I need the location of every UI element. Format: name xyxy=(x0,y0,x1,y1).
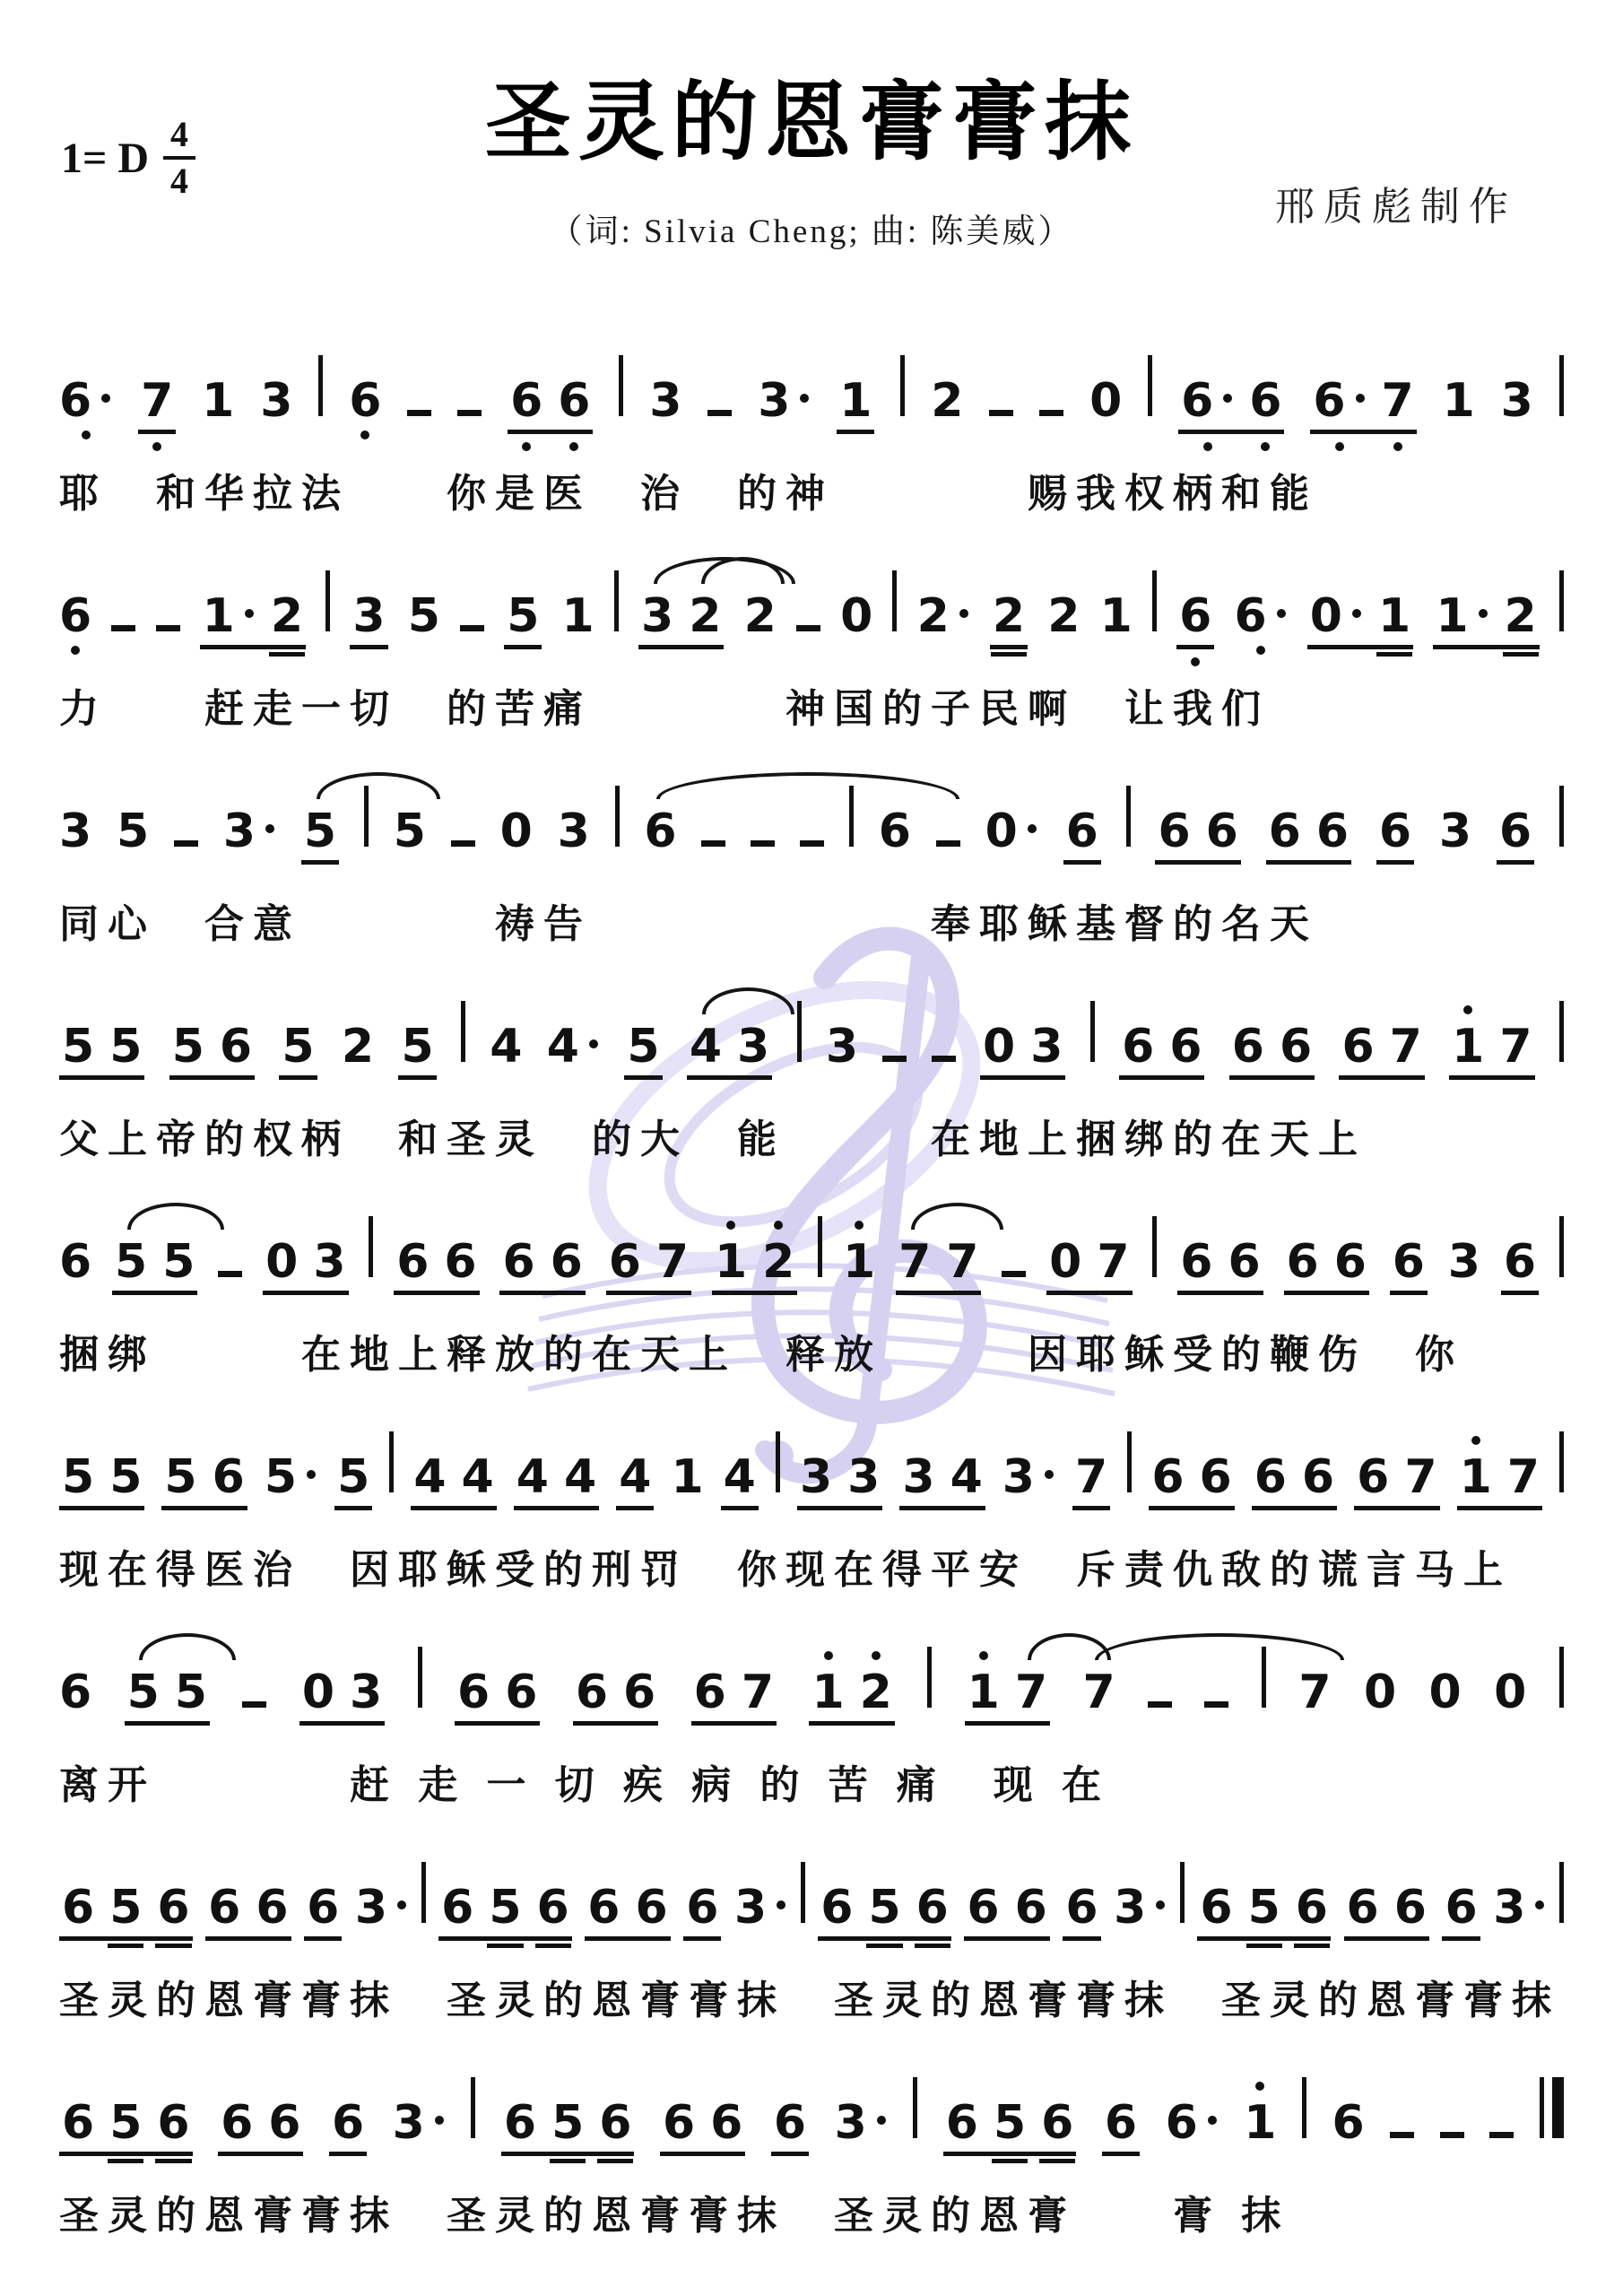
note-value: 6 xyxy=(558,374,590,428)
beam-group: 7 xyxy=(138,378,176,434)
barline xyxy=(1302,2077,1306,2138)
augmentation-dot xyxy=(777,1900,785,1909)
low-octave-dot xyxy=(71,646,80,655)
barline xyxy=(1559,786,1564,847)
low-octave-dot xyxy=(360,430,369,439)
note-6: 6 xyxy=(59,1239,91,1285)
note-value: 6 xyxy=(444,1235,476,1289)
note-value: 6 xyxy=(1347,1881,1379,1935)
duration-dash xyxy=(1148,1701,1172,1708)
note-value: 6 xyxy=(587,1881,620,1935)
note-value: 6 xyxy=(946,2096,978,2150)
barline xyxy=(1559,1862,1564,1923)
beam-group: 12 xyxy=(200,593,306,649)
barline xyxy=(325,570,330,631)
music-line: 671366633120666713耶 和华拉法 你是医 治 的神 赐我权柄和能 xyxy=(57,310,1566,518)
barline xyxy=(614,570,619,631)
note-value: 5 xyxy=(117,804,149,858)
note-5: 5 xyxy=(109,1023,142,1070)
note-value: 6 xyxy=(1158,804,1190,858)
beam-group: 66 xyxy=(573,1669,658,1726)
barline xyxy=(776,1431,780,1492)
lyrics-line: 父上帝的权柄 和圣灵 的大 能 在地上捆绑的在天上 xyxy=(57,1107,1566,1164)
note-value: 5 xyxy=(994,2096,1026,2150)
note-5: 5 xyxy=(282,1023,314,1070)
note-4: 4 xyxy=(547,1023,600,1070)
note-6: 6 xyxy=(1254,1454,1287,1500)
note-5: 5 xyxy=(109,1454,142,1500)
note-value: 5 xyxy=(868,1881,900,1935)
note-value: 3 xyxy=(835,2096,867,2150)
note-0: 0 xyxy=(985,808,1038,855)
barline xyxy=(1090,1001,1095,1062)
note-5: 5 xyxy=(127,1669,160,1716)
note-6: 6 xyxy=(967,1884,999,1931)
note-value: 6 xyxy=(510,374,542,428)
note-value: 4 xyxy=(690,1020,722,1074)
credit: 邢质彪制作 xyxy=(1275,174,1517,231)
note-3: 3 xyxy=(59,808,91,855)
note-7: 7 xyxy=(1499,1023,1532,1070)
barline xyxy=(1559,355,1564,416)
note-value: 7 xyxy=(1507,1450,1540,1504)
beam-group: 43 xyxy=(687,1023,772,1080)
beam-group: 66 xyxy=(218,2100,303,2156)
note-value: 6 xyxy=(916,1881,949,1935)
note-4: 4 xyxy=(462,1454,494,1500)
time-numerator: 4 xyxy=(170,117,188,152)
note-value: 6 xyxy=(59,1235,91,1289)
note-7: 7 xyxy=(141,378,173,424)
lyrics-line: 现在得医治 因耶稣受的刑罚 你现在得平安 斥责仇敌的谎言马上 xyxy=(57,1537,1566,1595)
barline xyxy=(1152,570,1157,631)
note-value: 7 xyxy=(1075,1450,1107,1504)
note-6: 6 xyxy=(441,1884,473,1931)
sixteenth-underline xyxy=(1246,1944,1282,1948)
note-value: 3 xyxy=(734,1881,767,1935)
note-6: 6 xyxy=(1269,808,1301,855)
note-value: 6 xyxy=(1169,1020,1202,1074)
duration-dash xyxy=(1390,2132,1414,2138)
note-6: 6 xyxy=(1228,1239,1260,1285)
note-value: 6 xyxy=(332,2096,364,2150)
note-3: 3 xyxy=(737,1023,769,1070)
note-6: 6 xyxy=(551,1239,583,1285)
note-value: 5 xyxy=(507,589,539,643)
music-line: 612355132202221660112力 赶走一切 的苦痛 神国的子民啊 让… xyxy=(57,526,1566,734)
page-title: 圣灵的恩膏膏抹 xyxy=(57,23,1566,177)
augmentation-dot xyxy=(1356,394,1365,403)
duration-dash xyxy=(111,625,135,631)
low-octave-dot xyxy=(152,442,161,451)
high-octave-dot xyxy=(726,1221,735,1230)
note-7: 7 xyxy=(1507,1454,1540,1500)
note-value: 7 xyxy=(898,1235,931,1289)
note-3: 3 xyxy=(352,593,385,639)
beam-group: 2 xyxy=(990,593,1028,649)
sixteenth-underline xyxy=(991,652,1027,657)
sixteenth-underline xyxy=(108,1944,143,1948)
melody-row: 65503666667121777000 xyxy=(57,1602,1566,1752)
note-6: 6 xyxy=(504,2100,536,2146)
note-value: 3 xyxy=(393,2096,425,2150)
note-value: 5 xyxy=(109,1881,142,1935)
beam-group: 67 xyxy=(1354,1454,1439,1510)
note-1: 1 xyxy=(811,1669,844,1716)
barline xyxy=(1559,1001,1564,1062)
sixteenth-underline xyxy=(535,1944,571,1948)
duration-dash xyxy=(218,1271,242,1277)
beam-group: 66 xyxy=(1149,1454,1234,1510)
sixteenth-underline xyxy=(487,1944,523,1948)
note-value: 6 xyxy=(1302,1450,1334,1504)
barline xyxy=(1559,1216,1564,1277)
note-5: 5 xyxy=(868,1884,900,1931)
note-value: 1 xyxy=(1378,589,1410,643)
note-value: 4 xyxy=(516,1450,549,1504)
note-value: 3 xyxy=(758,374,790,428)
note-1: 1 xyxy=(1244,2100,1276,2146)
note-value: 0 xyxy=(983,1020,1015,1074)
beam-group: 3 xyxy=(350,593,387,649)
note-6: 6 xyxy=(307,1884,339,1931)
duration-dash xyxy=(707,410,732,416)
beam-group: 32 xyxy=(638,593,724,649)
note-0: 0 xyxy=(1089,378,1122,424)
note-value: 3 xyxy=(902,1450,934,1504)
note-value: 5 xyxy=(62,1450,94,1504)
beam-group: 656 xyxy=(59,2100,193,2156)
barline xyxy=(1126,786,1131,847)
note-value: 5 xyxy=(627,1020,659,1074)
beam-group: 03 xyxy=(980,1023,1065,1080)
note-6: 6 xyxy=(879,808,911,855)
final-bar-thin xyxy=(1540,2077,1544,2138)
note-6: 6 xyxy=(1287,1239,1319,1285)
beam-group: 55 xyxy=(59,1454,144,1510)
low-octave-dot xyxy=(569,442,578,451)
note-0: 0 xyxy=(302,1669,334,1716)
note-3: 3 xyxy=(1002,1454,1055,1500)
tie-slur-arc xyxy=(317,772,440,799)
note-6: 6 xyxy=(1169,1023,1202,1070)
note-value: 1 xyxy=(203,589,235,643)
note-1: 1 xyxy=(715,1239,747,1285)
note-value: 6 xyxy=(1445,1881,1477,1935)
note-value: 6 xyxy=(1151,1450,1184,1504)
note-value: 6 xyxy=(644,804,676,858)
augmentation-dot xyxy=(1352,609,1361,618)
note-6: 6 xyxy=(221,2100,253,2146)
note-value: 7 xyxy=(1404,1450,1436,1504)
beam-group: 66 xyxy=(455,1669,540,1726)
note-3: 3 xyxy=(1114,1884,1167,1931)
note-value: 3 xyxy=(260,374,292,428)
note-2: 2 xyxy=(860,1669,892,1716)
note-value: 6 xyxy=(1122,1020,1154,1074)
beam-group: 44 xyxy=(514,1454,599,1510)
note-6: 6 xyxy=(1181,378,1234,424)
note-5: 5 xyxy=(172,1023,204,1070)
note-value: 5 xyxy=(175,1665,207,1719)
music-line: 55565254454330366666717父上帝的权柄 和圣灵 的大 能 在… xyxy=(57,956,1566,1164)
note-value: 6 xyxy=(62,2096,94,2150)
beam-group: 4 xyxy=(616,1454,654,1510)
note-value: 3 xyxy=(1114,1881,1146,1935)
melody-row: 353550366066666636 xyxy=(57,741,1566,891)
note-2: 2 xyxy=(1047,593,1080,639)
beam-group: 6 xyxy=(1376,808,1414,865)
note-value: 4 xyxy=(619,1450,651,1504)
note-4: 4 xyxy=(564,1454,596,1500)
note-value: 5 xyxy=(109,1020,142,1074)
note-value: 5 xyxy=(551,2096,584,2150)
note-6: 6 xyxy=(62,2100,94,2146)
note-value: 5 xyxy=(282,1020,314,1074)
note-1: 1 xyxy=(843,1239,875,1285)
note-1: 1 xyxy=(1436,593,1488,639)
note-value: 4 xyxy=(413,1450,446,1504)
note-1: 1 xyxy=(1460,1454,1492,1500)
note-7: 7 xyxy=(946,1239,978,1285)
sixteenth-underline xyxy=(915,1944,950,1948)
note-value: 1 xyxy=(968,1665,1000,1719)
note-3: 3 xyxy=(223,808,276,855)
note-4: 4 xyxy=(490,1023,522,1070)
note-value: 6 xyxy=(1105,2096,1137,2150)
note-2: 2 xyxy=(917,593,970,639)
note-4: 4 xyxy=(690,1023,722,1070)
note-value: 1 xyxy=(1436,589,1468,643)
duration-dash xyxy=(882,1056,907,1062)
note-6: 6 xyxy=(1158,808,1190,855)
beam-group: 66 xyxy=(660,2100,745,2156)
beam-group: 55 xyxy=(112,1239,197,1295)
melody-row: 6550366666712177076666636 xyxy=(57,1171,1566,1322)
note-value: 3 xyxy=(355,1881,387,1935)
augmentation-dot xyxy=(397,1900,406,1909)
low-octave-dot xyxy=(1203,442,1212,451)
note-value: 0 xyxy=(302,1665,334,1719)
beam-group: 5 xyxy=(504,593,542,649)
note-value: 6 xyxy=(551,1235,583,1289)
note-6: 6 xyxy=(1105,2100,1137,2146)
note-3: 3 xyxy=(641,593,673,639)
note-value: 6 xyxy=(1066,804,1098,858)
note-6: 6 xyxy=(1041,2100,1073,2146)
barline xyxy=(818,1216,822,1277)
note-6: 6 xyxy=(505,1669,537,1716)
high-octave-dot xyxy=(872,1651,881,1660)
note-value: 7 xyxy=(1298,1665,1331,1719)
barline xyxy=(619,355,623,416)
sixteenth-underline xyxy=(269,652,305,657)
beam-group: 67 xyxy=(1339,1023,1424,1080)
note-value: 0 xyxy=(1049,1235,1081,1289)
sixteenth-underline xyxy=(550,2159,586,2163)
low-octave-dot xyxy=(1191,657,1200,666)
note-6: 6 xyxy=(635,1884,667,1931)
note-7: 7 xyxy=(1382,378,1414,424)
low-octave-dot xyxy=(1393,442,1402,451)
note-4: 4 xyxy=(516,1454,549,1500)
note-2: 2 xyxy=(762,1239,794,1285)
note-6: 6 xyxy=(256,1884,288,1931)
melody-row: 671366633120666713 xyxy=(57,310,1566,461)
beam-group: 07 xyxy=(1046,1239,1132,1295)
note-value: 7 xyxy=(656,1235,689,1289)
note-5: 5 xyxy=(162,1239,195,1285)
note-value: 3 xyxy=(847,1450,880,1504)
note-6: 6 xyxy=(1357,1454,1389,1500)
duration-dash xyxy=(796,625,820,631)
note-6: 6 xyxy=(1316,808,1349,855)
sixteenth-underline xyxy=(1503,652,1539,657)
sixteenth-underline xyxy=(597,2159,633,2163)
sixteenth-underline xyxy=(1376,652,1412,657)
duration-dash xyxy=(1489,2132,1514,2138)
beam-group: 33 xyxy=(797,1454,882,1510)
note-5: 5 xyxy=(994,2100,1026,2146)
note-7: 7 xyxy=(742,1669,774,1716)
note-value: 3 xyxy=(1493,1881,1525,1935)
beam-group: 6 xyxy=(1390,1239,1428,1295)
note-value: 0 xyxy=(840,589,872,643)
key-signature: 1= D 4 4 xyxy=(61,117,195,199)
note-value: 2 xyxy=(689,589,721,643)
barline xyxy=(1180,1862,1185,1923)
note-value: 6 xyxy=(1296,1881,1328,1935)
note-value: 1 xyxy=(1244,2096,1276,2150)
barline xyxy=(1559,570,1564,631)
beam-group: 656 xyxy=(59,1884,193,1941)
augmentation-dot xyxy=(1277,609,1286,618)
augmentation-dot xyxy=(1208,2116,1217,2125)
augmentation-dot xyxy=(1045,1470,1054,1479)
note-value: 2 xyxy=(1047,589,1080,643)
beam-group: 17 xyxy=(1457,1454,1542,1510)
note-value: 6 xyxy=(663,2096,695,2150)
note-3: 3 xyxy=(1439,808,1471,855)
note-value: 6 xyxy=(1065,1881,1098,1935)
note-6: 6 xyxy=(1179,593,1211,639)
lyrics-line: 同心 合意 祷告 奉耶稣基督的名天 xyxy=(57,891,1566,949)
duration-dash xyxy=(174,840,198,847)
beam-group: 66 xyxy=(1178,378,1284,434)
barline xyxy=(1148,355,1152,416)
note-3: 3 xyxy=(558,808,590,855)
note-value: 6 xyxy=(1180,1235,1212,1289)
note-6: 6 xyxy=(1499,808,1532,855)
note-value: 1 xyxy=(1452,1020,1484,1074)
tie-slur-arc xyxy=(702,987,794,1014)
note-6: 6 xyxy=(1341,1023,1374,1070)
note-5: 5 xyxy=(1248,1884,1280,1931)
beam-group: 6 xyxy=(1497,808,1534,865)
beam-group: 656 xyxy=(438,1884,572,1941)
note-6: 6 xyxy=(510,378,542,424)
note-3: 3 xyxy=(758,378,811,424)
note-value: 6 xyxy=(1316,804,1349,858)
beam-group: 6 xyxy=(1176,593,1214,649)
note-value: 6 xyxy=(1232,1020,1264,1074)
note-value: 6 xyxy=(1393,1235,1425,1289)
time-denominator: 4 xyxy=(170,163,188,199)
note-value: 6 xyxy=(1334,1235,1367,1289)
barline xyxy=(801,1862,805,1923)
note-value: 3 xyxy=(223,804,256,858)
note-5: 5 xyxy=(337,1454,369,1500)
note-5: 5 xyxy=(117,808,149,855)
note-5: 5 xyxy=(489,1884,521,1931)
barline xyxy=(913,2077,917,2138)
note-2: 2 xyxy=(271,593,303,639)
note-value: 6 xyxy=(1504,1235,1536,1289)
melody-row: 55565254454330366666717 xyxy=(57,956,1566,1107)
note-value: 4 xyxy=(490,1020,522,1074)
note-5: 5 xyxy=(551,2100,584,2146)
note-value: 5 xyxy=(164,1450,196,1504)
note-6: 6 xyxy=(1200,1884,1232,1931)
note-1: 1 xyxy=(671,1454,703,1500)
beam-group: 656 xyxy=(943,2100,1077,2156)
beam-group: 03 xyxy=(299,1669,385,1726)
beam-group: 67 xyxy=(606,1239,691,1295)
note-value: 0 xyxy=(1429,1665,1462,1719)
note-2: 2 xyxy=(744,593,777,639)
high-octave-dot xyxy=(979,1651,988,1660)
note-value: 6 xyxy=(457,1665,490,1719)
barline xyxy=(369,1216,373,1277)
note-value: 1 xyxy=(671,1450,703,1504)
beam-group: 4 xyxy=(721,1454,759,1510)
lyrics-line: 圣灵的恩膏膏抹 圣灵的恩膏膏抹 圣灵的恩膏膏抹 圣灵的恩膏膏抹 xyxy=(57,1968,1566,2025)
note-value: 6 xyxy=(1357,1450,1389,1504)
note-5: 5 xyxy=(109,2100,142,2146)
note-6: 6 xyxy=(1166,2100,1219,2146)
note-7: 7 xyxy=(1075,1454,1107,1500)
note-0: 0 xyxy=(1494,1669,1526,1716)
note-value: 4 xyxy=(547,1020,579,1074)
duration-dash xyxy=(1440,2132,1464,2138)
note-6: 6 xyxy=(587,1884,620,1931)
note-value: 6 xyxy=(1280,1020,1312,1074)
high-octave-dot xyxy=(855,1221,864,1230)
tie-slur-arc xyxy=(127,1203,224,1230)
note-0: 0 xyxy=(840,593,872,639)
note-value: 6 xyxy=(1041,2096,1073,2150)
note-value: 6 xyxy=(157,2096,189,2150)
note-6: 6 xyxy=(396,1239,429,1285)
beam-group: 66 xyxy=(1119,1023,1204,1080)
note-value: 6 xyxy=(609,1235,641,1289)
final-barline xyxy=(1540,2077,1564,2138)
music-line: 6566663656666365666636566663圣灵的恩膏膏抹 圣灵的恩… xyxy=(57,1817,1566,2025)
duration-dash xyxy=(1002,1271,1026,1277)
note-value: 6 xyxy=(1287,1235,1319,1289)
barline xyxy=(389,1431,394,1492)
note-6: 6 xyxy=(946,2100,978,2146)
note-value: 4 xyxy=(950,1450,983,1504)
barline xyxy=(1152,1216,1157,1277)
header: 圣灵的恩膏膏抹 1= D 4 4 邢质彪制作 （词: Silvia Cheng;… xyxy=(57,23,1566,310)
note-value: 6 xyxy=(599,2096,631,2150)
note-2: 2 xyxy=(993,593,1025,639)
low-octave-dot xyxy=(82,430,91,439)
note-6: 6 xyxy=(609,1239,641,1285)
note-6: 6 xyxy=(1234,593,1287,639)
note-6: 6 xyxy=(502,1239,534,1285)
